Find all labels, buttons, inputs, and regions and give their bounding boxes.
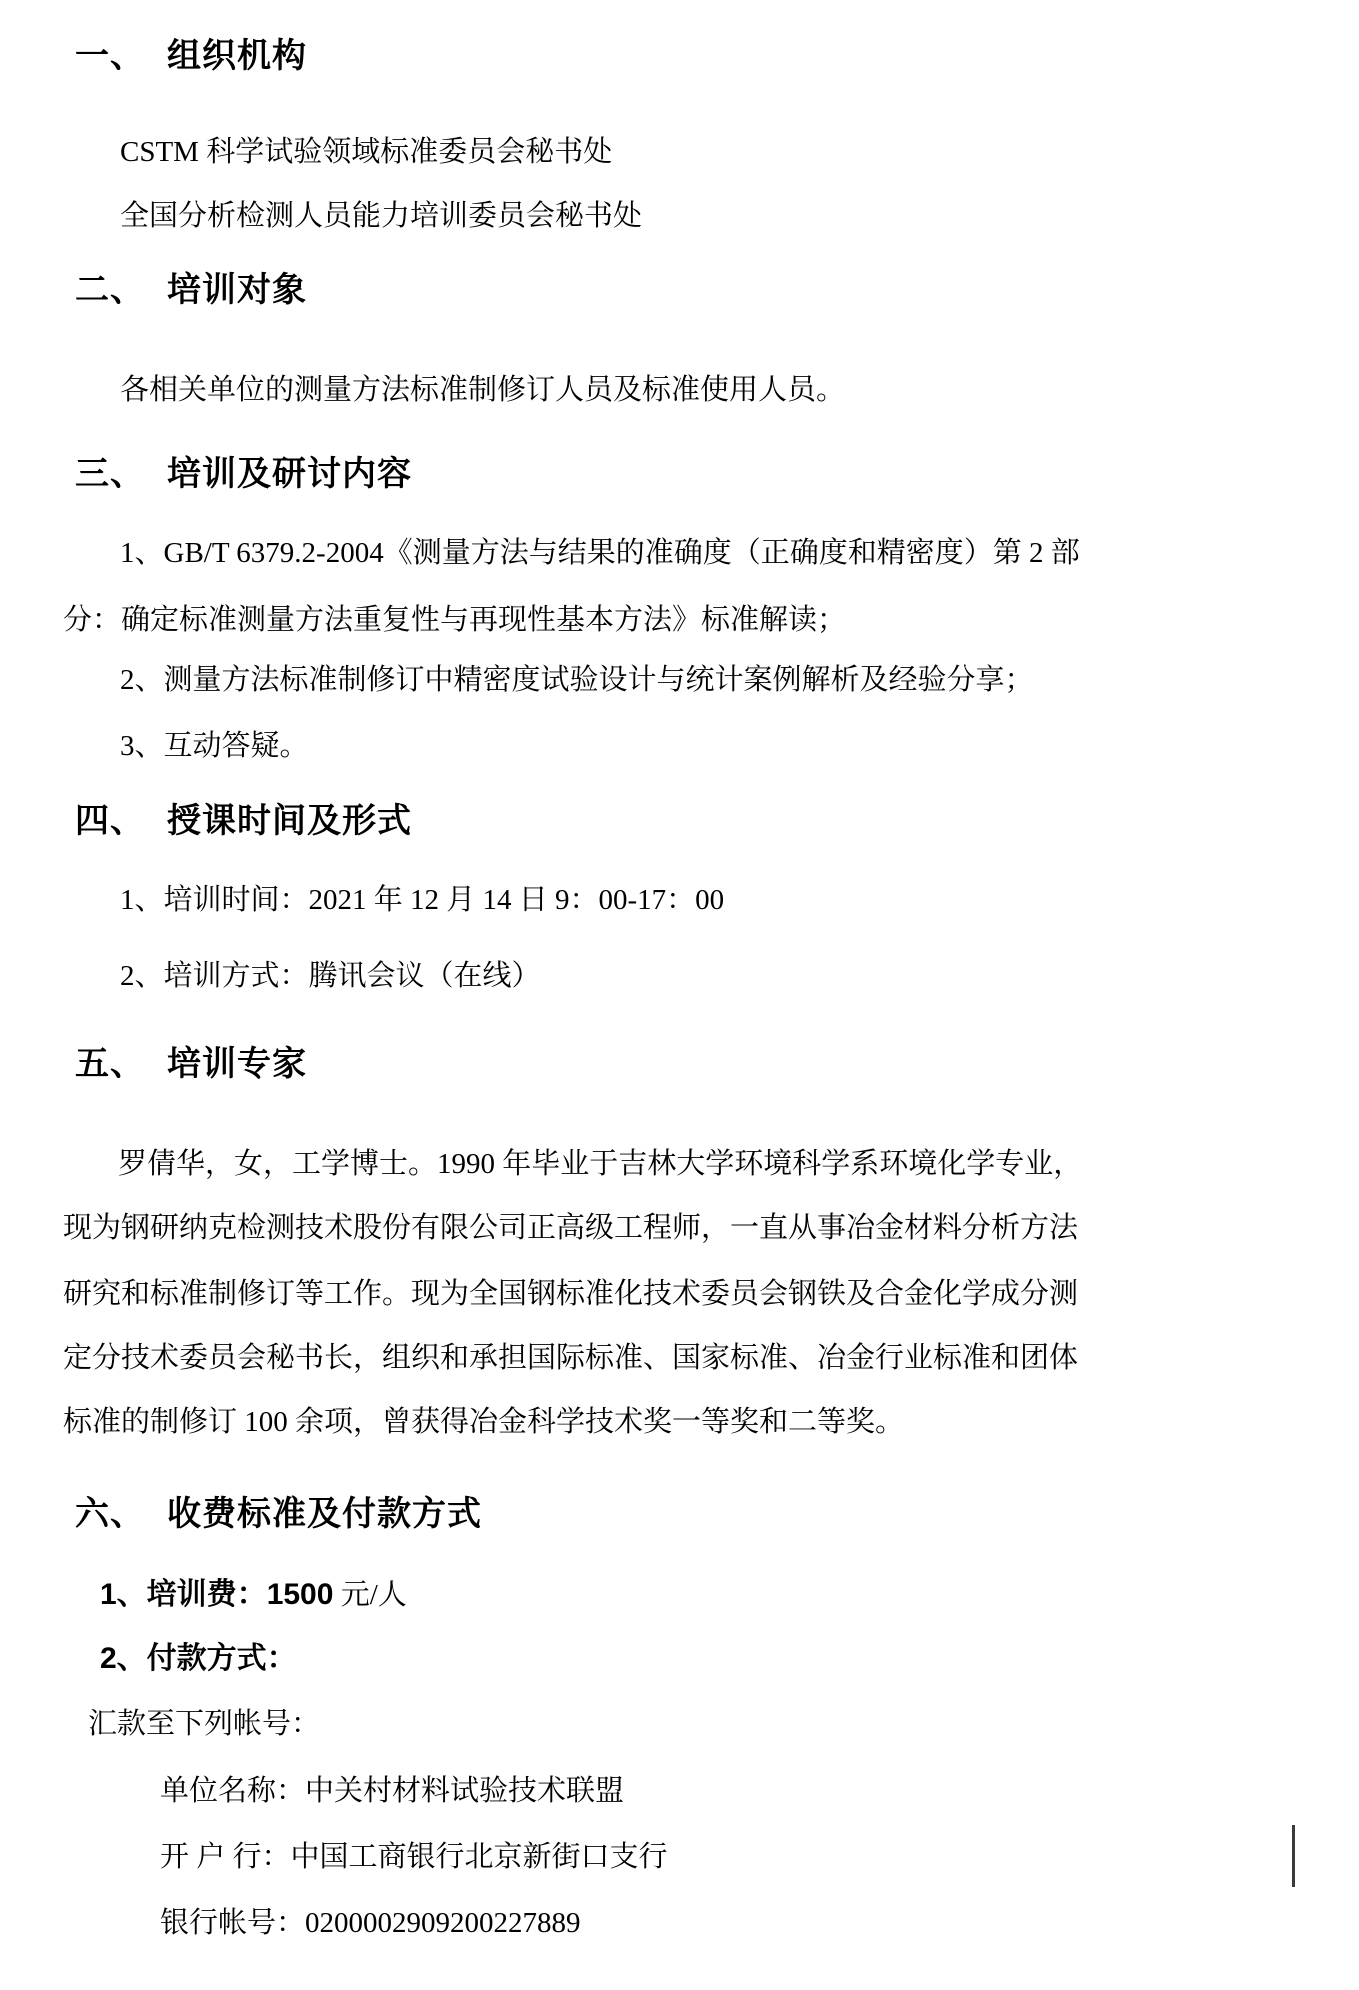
schedule-time-line: 1、培训时间：2021 年 12 月 14 日 9：00-17：00 <box>120 884 724 917</box>
bank-branch-line: 开 户 行：中国工商银行北京新街口支行 <box>160 1841 668 1874</box>
content-item-3: 3、互动答疑。 <box>120 730 309 763</box>
account-number-line: 银行帐号：0200002909200227889 <box>160 1907 581 1940</box>
content-item-1-line-2: 分：确定标准测量方法重复性与再现性基本方法》标准解读； <box>63 604 846 637</box>
section-number: 二、 <box>75 272 145 309</box>
content-item-2: 2、测量方法标准制修订中精密度试验设计与统计案例解析及经验分享； <box>120 664 1034 697</box>
section-title: 授课时间及形式 <box>167 802 412 840</box>
expert-paragraph-line-2: 现为钢研纳克检测技术股份有限公司正高级工程师，一直从事冶金材料分析方法 <box>63 1212 1078 1245</box>
payment-method-label: 2、付款方式： <box>100 1642 297 1677</box>
expert-paragraph-line-4: 定分技术委员会秘书长，组织和承担国际标准、国家标准、冶金行业标准和团体 <box>63 1342 1078 1375</box>
section-number: 六、 <box>75 1496 145 1533</box>
audience-line: 各相关单位的测量方法标准制修订人员及标准使用人员。 <box>120 374 845 407</box>
section-heading-audience: 二、培训对象 <box>75 272 307 309</box>
section-number: 四、 <box>75 803 145 840</box>
section-heading-expert: 五、培训专家 <box>75 1046 307 1083</box>
expert-paragraph-line-5: 标准的制修订 100 余项，曾获得冶金科学技术奖一等奖和二等奖。 <box>63 1406 904 1439</box>
account-name-line: 单位名称：中关村材料试验技术联盟 <box>160 1775 624 1808</box>
section-heading-content: 三、培训及研讨内容 <box>75 456 412 493</box>
section-heading-fees: 六、收费标准及付款方式 <box>75 1496 482 1533</box>
expert-paragraph-line-3: 研究和标准制修订等工作。现为全国钢标准化技术委员会钢铁及合金化学成分测 <box>63 1278 1078 1311</box>
content-item-1-line-1: 1、GB/T 6379.2-2004《测量方法与结果的准确度（正确度和精密度）第… <box>120 537 1080 570</box>
expert-paragraph-line-1: 罗倩华，女，工学博士。1990 年毕业于吉林大学环境科学系环境化学专业， <box>118 1148 1082 1181</box>
section-number: 一、 <box>75 38 145 75</box>
remit-note: 汇款至下列帐号： <box>88 1708 320 1741</box>
fee-amount: 1500 <box>267 1578 334 1611</box>
document-page: 一、组织机构 CSTM 科学试验领域标准委员会秘书处 全国分析检测人员能力培训委… <box>0 0 1359 1990</box>
section-title: 培训及研讨内容 <box>167 455 412 493</box>
schedule-format-line: 2、培训方式：腾讯会议（在线） <box>120 960 541 993</box>
section-number: 三、 <box>75 456 145 493</box>
organization-line-2: 全国分析检测人员能力培训委员会秘书处 <box>120 200 642 233</box>
section-number: 五、 <box>75 1046 145 1083</box>
organization-line-1: CSTM 科学试验领域标准委员会秘书处 <box>120 136 612 169</box>
section-title: 培训对象 <box>167 271 307 309</box>
section-heading-organization: 一、组织机构 <box>75 38 307 75</box>
section-title: 收费标准及付款方式 <box>167 1495 482 1533</box>
section-title: 培训专家 <box>167 1045 307 1083</box>
section-heading-schedule: 四、授课时间及形式 <box>75 803 412 840</box>
fee-unit: 元/人 <box>333 1579 406 1611</box>
section-title: 组织机构 <box>167 37 307 75</box>
page-edge-cursor-mark <box>1292 1825 1295 1887</box>
fee-label: 1、培训费： <box>100 1578 267 1611</box>
fee-line: 1、培训费：1500 元/人 <box>100 1578 407 1613</box>
